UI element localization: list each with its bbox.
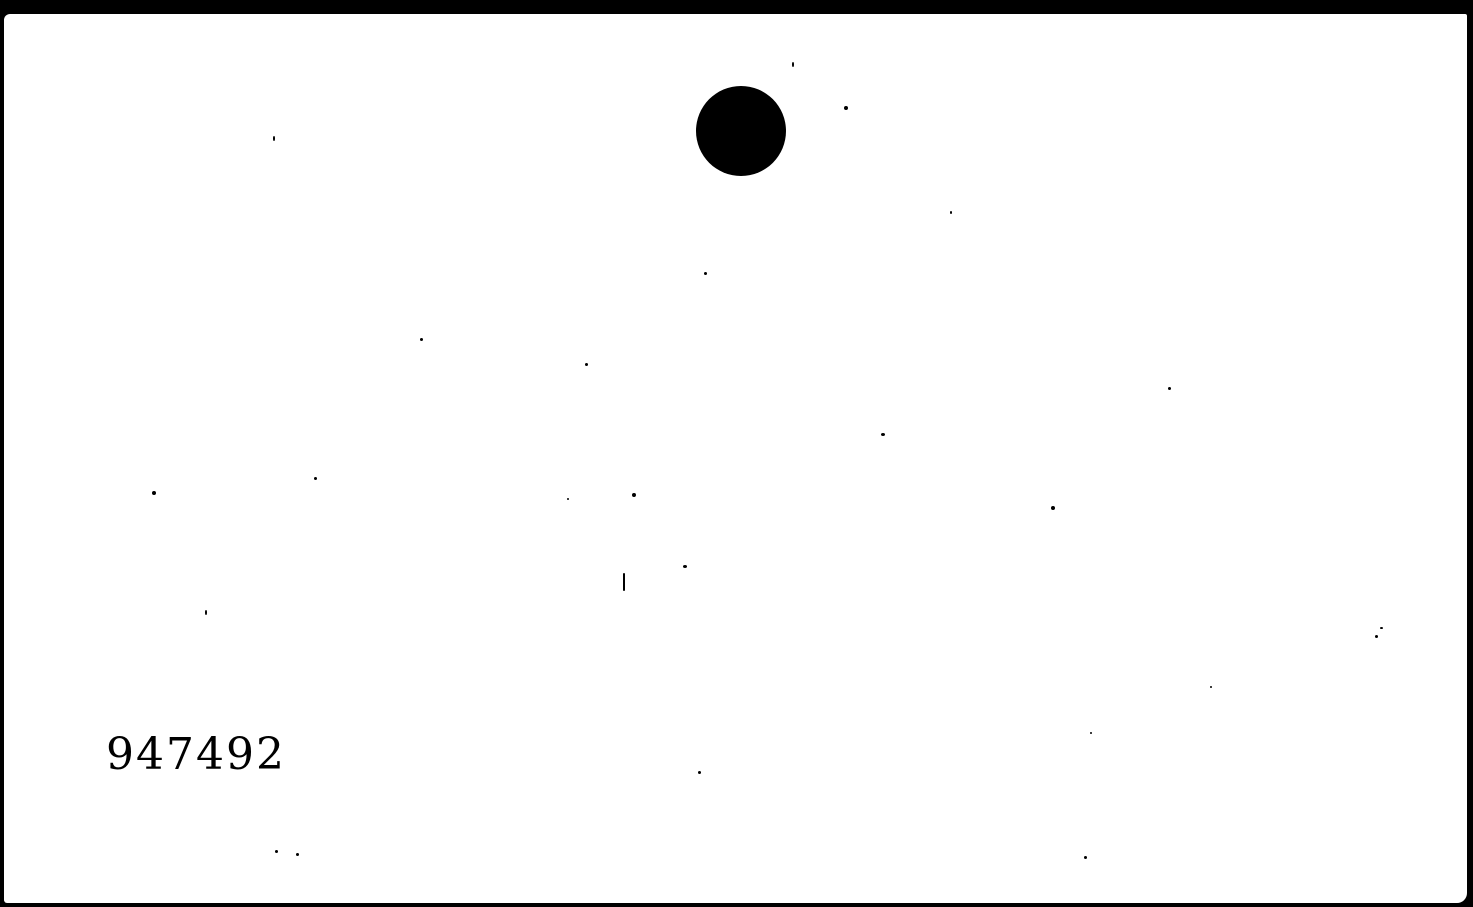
speck xyxy=(881,433,885,436)
speck xyxy=(792,62,794,67)
speck xyxy=(420,338,423,341)
card-number: 947492 xyxy=(106,733,286,777)
speck xyxy=(950,211,952,214)
speck xyxy=(623,573,625,591)
speck xyxy=(698,771,701,774)
speck xyxy=(567,498,569,500)
speck xyxy=(314,477,317,480)
speck xyxy=(1380,627,1383,629)
speck xyxy=(632,493,636,497)
speck xyxy=(275,850,278,853)
speck xyxy=(704,272,707,275)
speck xyxy=(296,853,299,856)
speck xyxy=(273,136,275,141)
speck xyxy=(1084,856,1087,859)
punch-hole xyxy=(696,86,786,176)
speck xyxy=(1210,686,1212,688)
speck xyxy=(152,491,156,495)
speck xyxy=(1051,506,1055,510)
speck xyxy=(1168,387,1171,390)
speck xyxy=(1090,732,1092,734)
speck xyxy=(683,565,687,568)
speck xyxy=(1375,635,1378,638)
speck xyxy=(205,610,207,615)
speck xyxy=(585,363,588,366)
speck xyxy=(844,106,848,110)
